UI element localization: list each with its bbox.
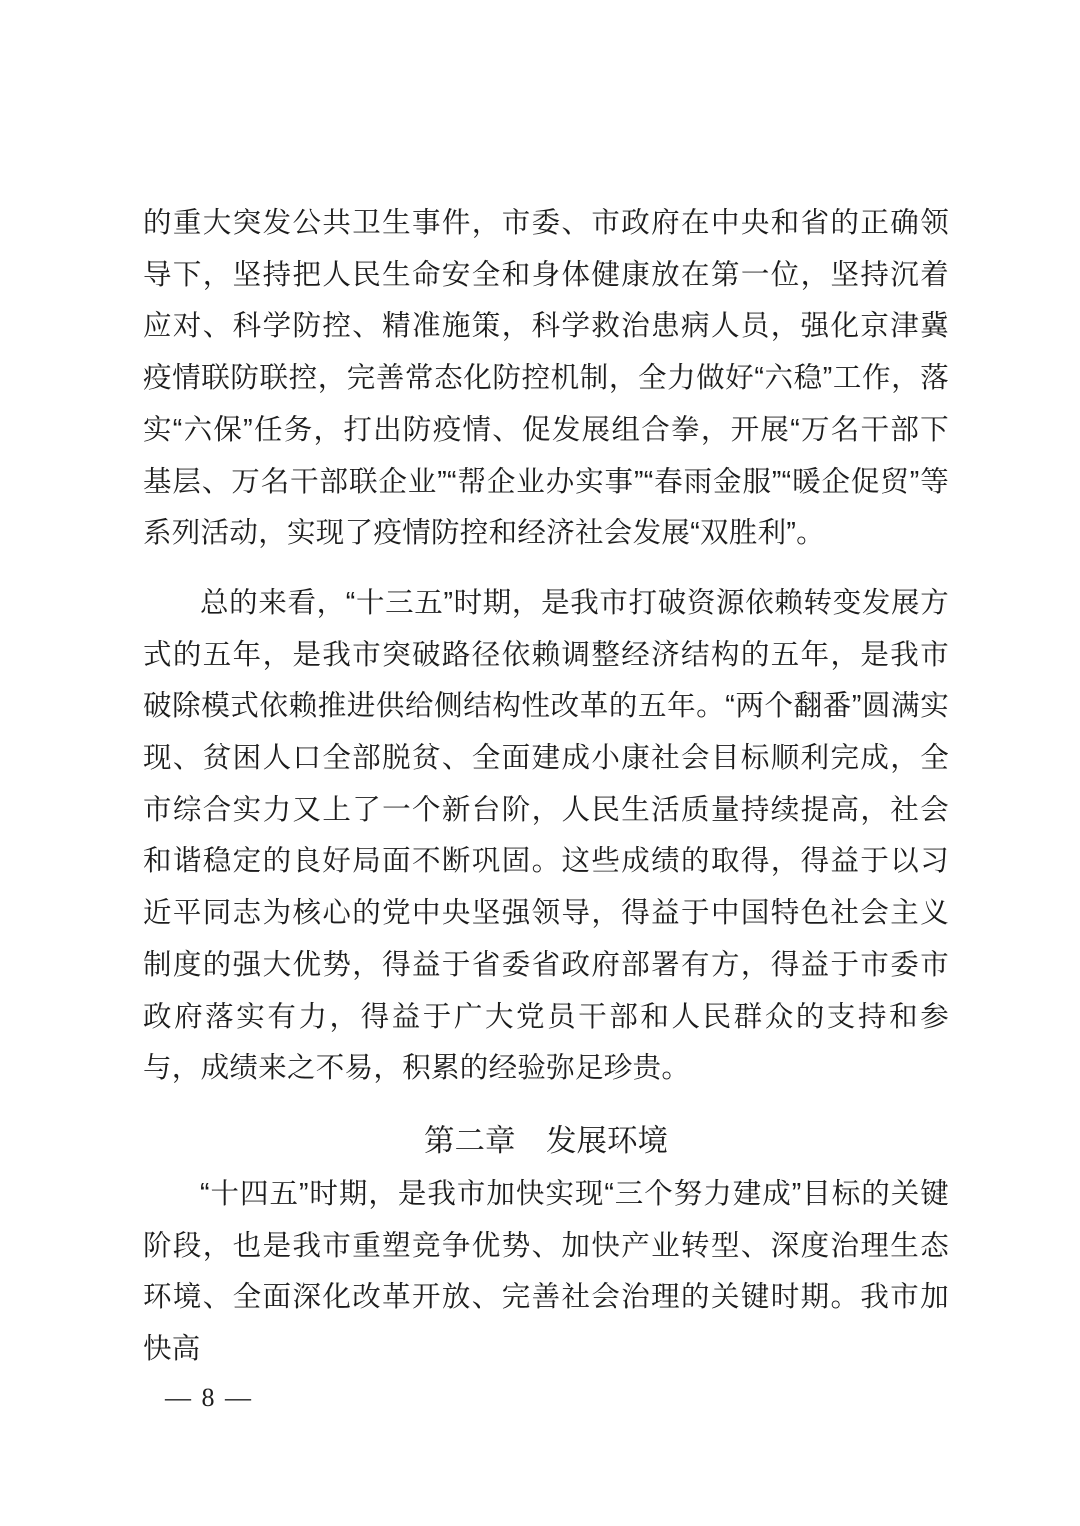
document-page: 的重大突发公共卫生事件，市委、市政府在中央和省的正确领导下，坚持把人民生命安全和… (0, 0, 1080, 1526)
chapter-heading: 第二章 发展环境 (143, 1113, 949, 1169)
body-paragraph-summary: 总的来看，“十三五”时期，是我市打破资源依赖转变发展方式的五年，是我市突破路径依… (143, 578, 949, 1095)
page-content: 的重大突发公共卫生事件，市委、市政府在中央和省的正确领导下，坚持把人民生命安全和… (143, 198, 949, 1413)
body-paragraph-chapter2: “十四五”时期，是我市加快实现“三个努力建成”目标的关键阶段，也是我市重塑竞争优… (143, 1169, 949, 1376)
page-number: — 8 — (165, 1383, 949, 1413)
body-paragraph-continuation: 的重大突发公共卫生事件，市委、市政府在中央和省的正确领导下，坚持把人民生命安全和… (143, 198, 949, 560)
